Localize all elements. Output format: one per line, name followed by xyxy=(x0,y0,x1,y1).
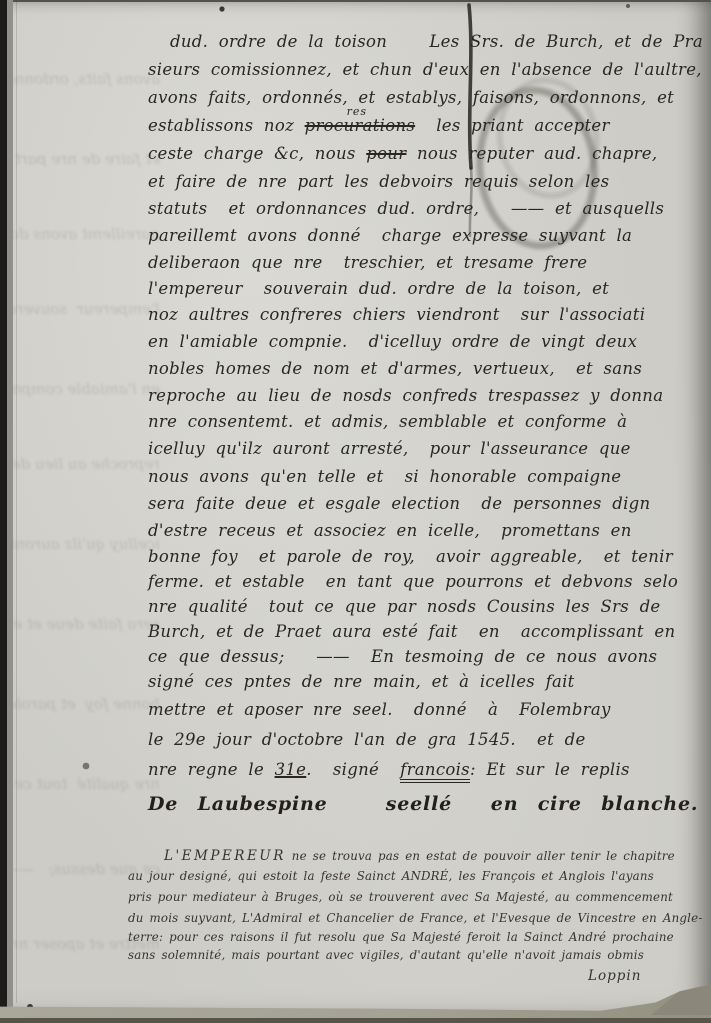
manuscript-page: avons faits, ordonnés, et establys, fais… xyxy=(0,0,711,1023)
bleedthrough-text: pareillemt avons donné charge expresse s… xyxy=(0,225,160,243)
manuscript-line: nous avons qu'en telle et si honorable c… xyxy=(148,467,621,486)
royal-signature: francois xyxy=(400,760,470,783)
note-line: au jour designé, qui estoit la feste Sai… xyxy=(128,869,654,883)
manuscript-line: ferme. et estable en tant que pourrons e… xyxy=(148,572,678,591)
manuscript-line: dud. ordre de la toison Les Srs. de Burc… xyxy=(148,32,703,51)
annotator-signature: Loppin xyxy=(588,968,641,984)
date-line: le 29e jour d'octobre l'an de gra 1545. … xyxy=(148,730,586,749)
regnal-year: 31e xyxy=(275,760,307,779)
bleedthrough-text: icelluy qu'ilz auront arresté, pour l'as… xyxy=(0,535,160,553)
bleedthrough-text: en l'amiable compnie. d'icelluy ordre de… xyxy=(0,380,160,398)
line-text: establissons noz xyxy=(148,116,305,135)
line-text: ne se trouva pas en estat de pouvoir all… xyxy=(286,849,675,863)
page-left-crease xyxy=(16,0,17,1003)
line-text: les priant accepter xyxy=(415,116,610,135)
manuscript-line: noz aultres confreres chiers viendront s… xyxy=(148,305,645,324)
bleedthrough-text: l'empereur souverain dud. ordre de la to… xyxy=(0,300,160,318)
ink-speck xyxy=(219,6,224,11)
manuscript-line: icelluy qu'ilz auront arresté, pour l'as… xyxy=(148,439,631,458)
manuscript-line: nre qualité tout ce que par nosds Cousin… xyxy=(148,597,661,616)
note-line: sans solemnité, mais pourtant avec vigil… xyxy=(128,948,644,962)
page-top-edge xyxy=(0,0,711,2)
struck-word: pour xyxy=(366,144,406,163)
manuscript-line: nobles homes de nom et d'armes, vertueux… xyxy=(148,359,642,378)
manuscript-line-correction: ceste charge &c, nous pour nous reputer … xyxy=(148,144,657,163)
manuscript-line: ce que dessus; —— En tesmoing de ce nous… xyxy=(148,647,657,666)
manuscript-line: pareillemt avons donné charge expresse s… xyxy=(148,226,632,245)
ink-speck xyxy=(626,4,630,8)
page-left-edge-dark xyxy=(0,0,7,1009)
struck-word-wrap: procurationsres xyxy=(305,116,416,135)
manuscript-line: sieurs comissionnez, et chun d'eux en l'… xyxy=(148,60,702,79)
manuscript-line-correction: establissons noz procurationsres les pri… xyxy=(148,116,610,135)
manuscript-photo: avons faits, ordonnés, et establys, fais… xyxy=(0,0,711,1023)
struck-word: procurations xyxy=(305,116,416,135)
line-text: nous reputer aud. chapre, xyxy=(406,144,657,163)
manuscript-line: signé ces pntes de nre main, et à icelle… xyxy=(148,672,575,691)
bleedthrough-text: bonne foy et parole de roy, avoir aggrea… xyxy=(0,695,160,713)
manuscript-line: l'empereur souverain dud. ordre de la to… xyxy=(148,279,609,298)
line-text: ceste charge &c, nous xyxy=(148,144,366,163)
manuscript-line: Burch, et de Praet aura esté fait en acc… xyxy=(148,622,675,641)
page-left-edge-mid xyxy=(7,0,13,1009)
line-text: . signé xyxy=(306,760,400,779)
line-text: : Et sur le replis xyxy=(470,760,630,779)
manuscript-line: mettre et aposer nre seel. donné à Folem… xyxy=(148,700,611,719)
manuscript-line: d'estre receus et associez en icelle, pr… xyxy=(148,521,632,540)
bleedthrough-text: et faire de nre part les debvoirs requis… xyxy=(0,150,160,168)
manuscript-line: et faire de nre part les debvoirs requis… xyxy=(148,172,609,191)
manuscript-line: deliberaon que nre treschier, et tresame… xyxy=(148,253,587,272)
manuscript-line: bonne foy et parole de roy, avoir aggrea… xyxy=(148,547,673,566)
bleedthrough-text: reproche au lieu de nosds confreds tresp… xyxy=(0,455,160,473)
note-line: terre: pour ces raisons il fut resolu qu… xyxy=(128,930,674,944)
manuscript-line: statuts et ordonnances dud. ordre, —— et… xyxy=(148,199,664,218)
ink-speck xyxy=(83,763,90,770)
note-line: du mois suyvant, L'Admiral et Chancelier… xyxy=(128,911,703,925)
note-line: L'EMPEREUR ne se trouva pas en estat de … xyxy=(128,848,675,864)
manuscript-line: avons faits, ordonnés, et establys, fais… xyxy=(148,88,674,107)
bleedthrough-text: avons faits, ordonnés, et establys, fais… xyxy=(0,70,160,88)
manuscript-line: en l'amiable compnie. d'icelluy ordre de… xyxy=(148,332,637,351)
line-text: nre regne le xyxy=(148,760,275,779)
bleedthrough-text: sera faite deue et esgale election de pe… xyxy=(0,615,160,633)
manuscript-line: sera faite deue et esgale election de pe… xyxy=(148,494,650,513)
note-line: pris pour mediateur à Bruges, où se trou… xyxy=(128,890,673,904)
closing-line: De Laubespine seellé en cire blanche. xyxy=(148,793,698,815)
inserted-correction: res xyxy=(347,105,367,118)
photo-bottom-shadow xyxy=(0,1018,711,1023)
manuscript-line: nre consentemt. et admis, semblable et c… xyxy=(148,412,627,431)
note-lead-word: L'EMPEREUR xyxy=(164,848,286,864)
bleedthrough-text: nre qualité tout ce que par nosds Cousin… xyxy=(0,775,160,793)
royal-signature-line: nre regne le 31e. signé francois: Et sur… xyxy=(148,760,630,779)
manuscript-line: reproche au lieu de nosds confreds tresp… xyxy=(148,386,663,405)
